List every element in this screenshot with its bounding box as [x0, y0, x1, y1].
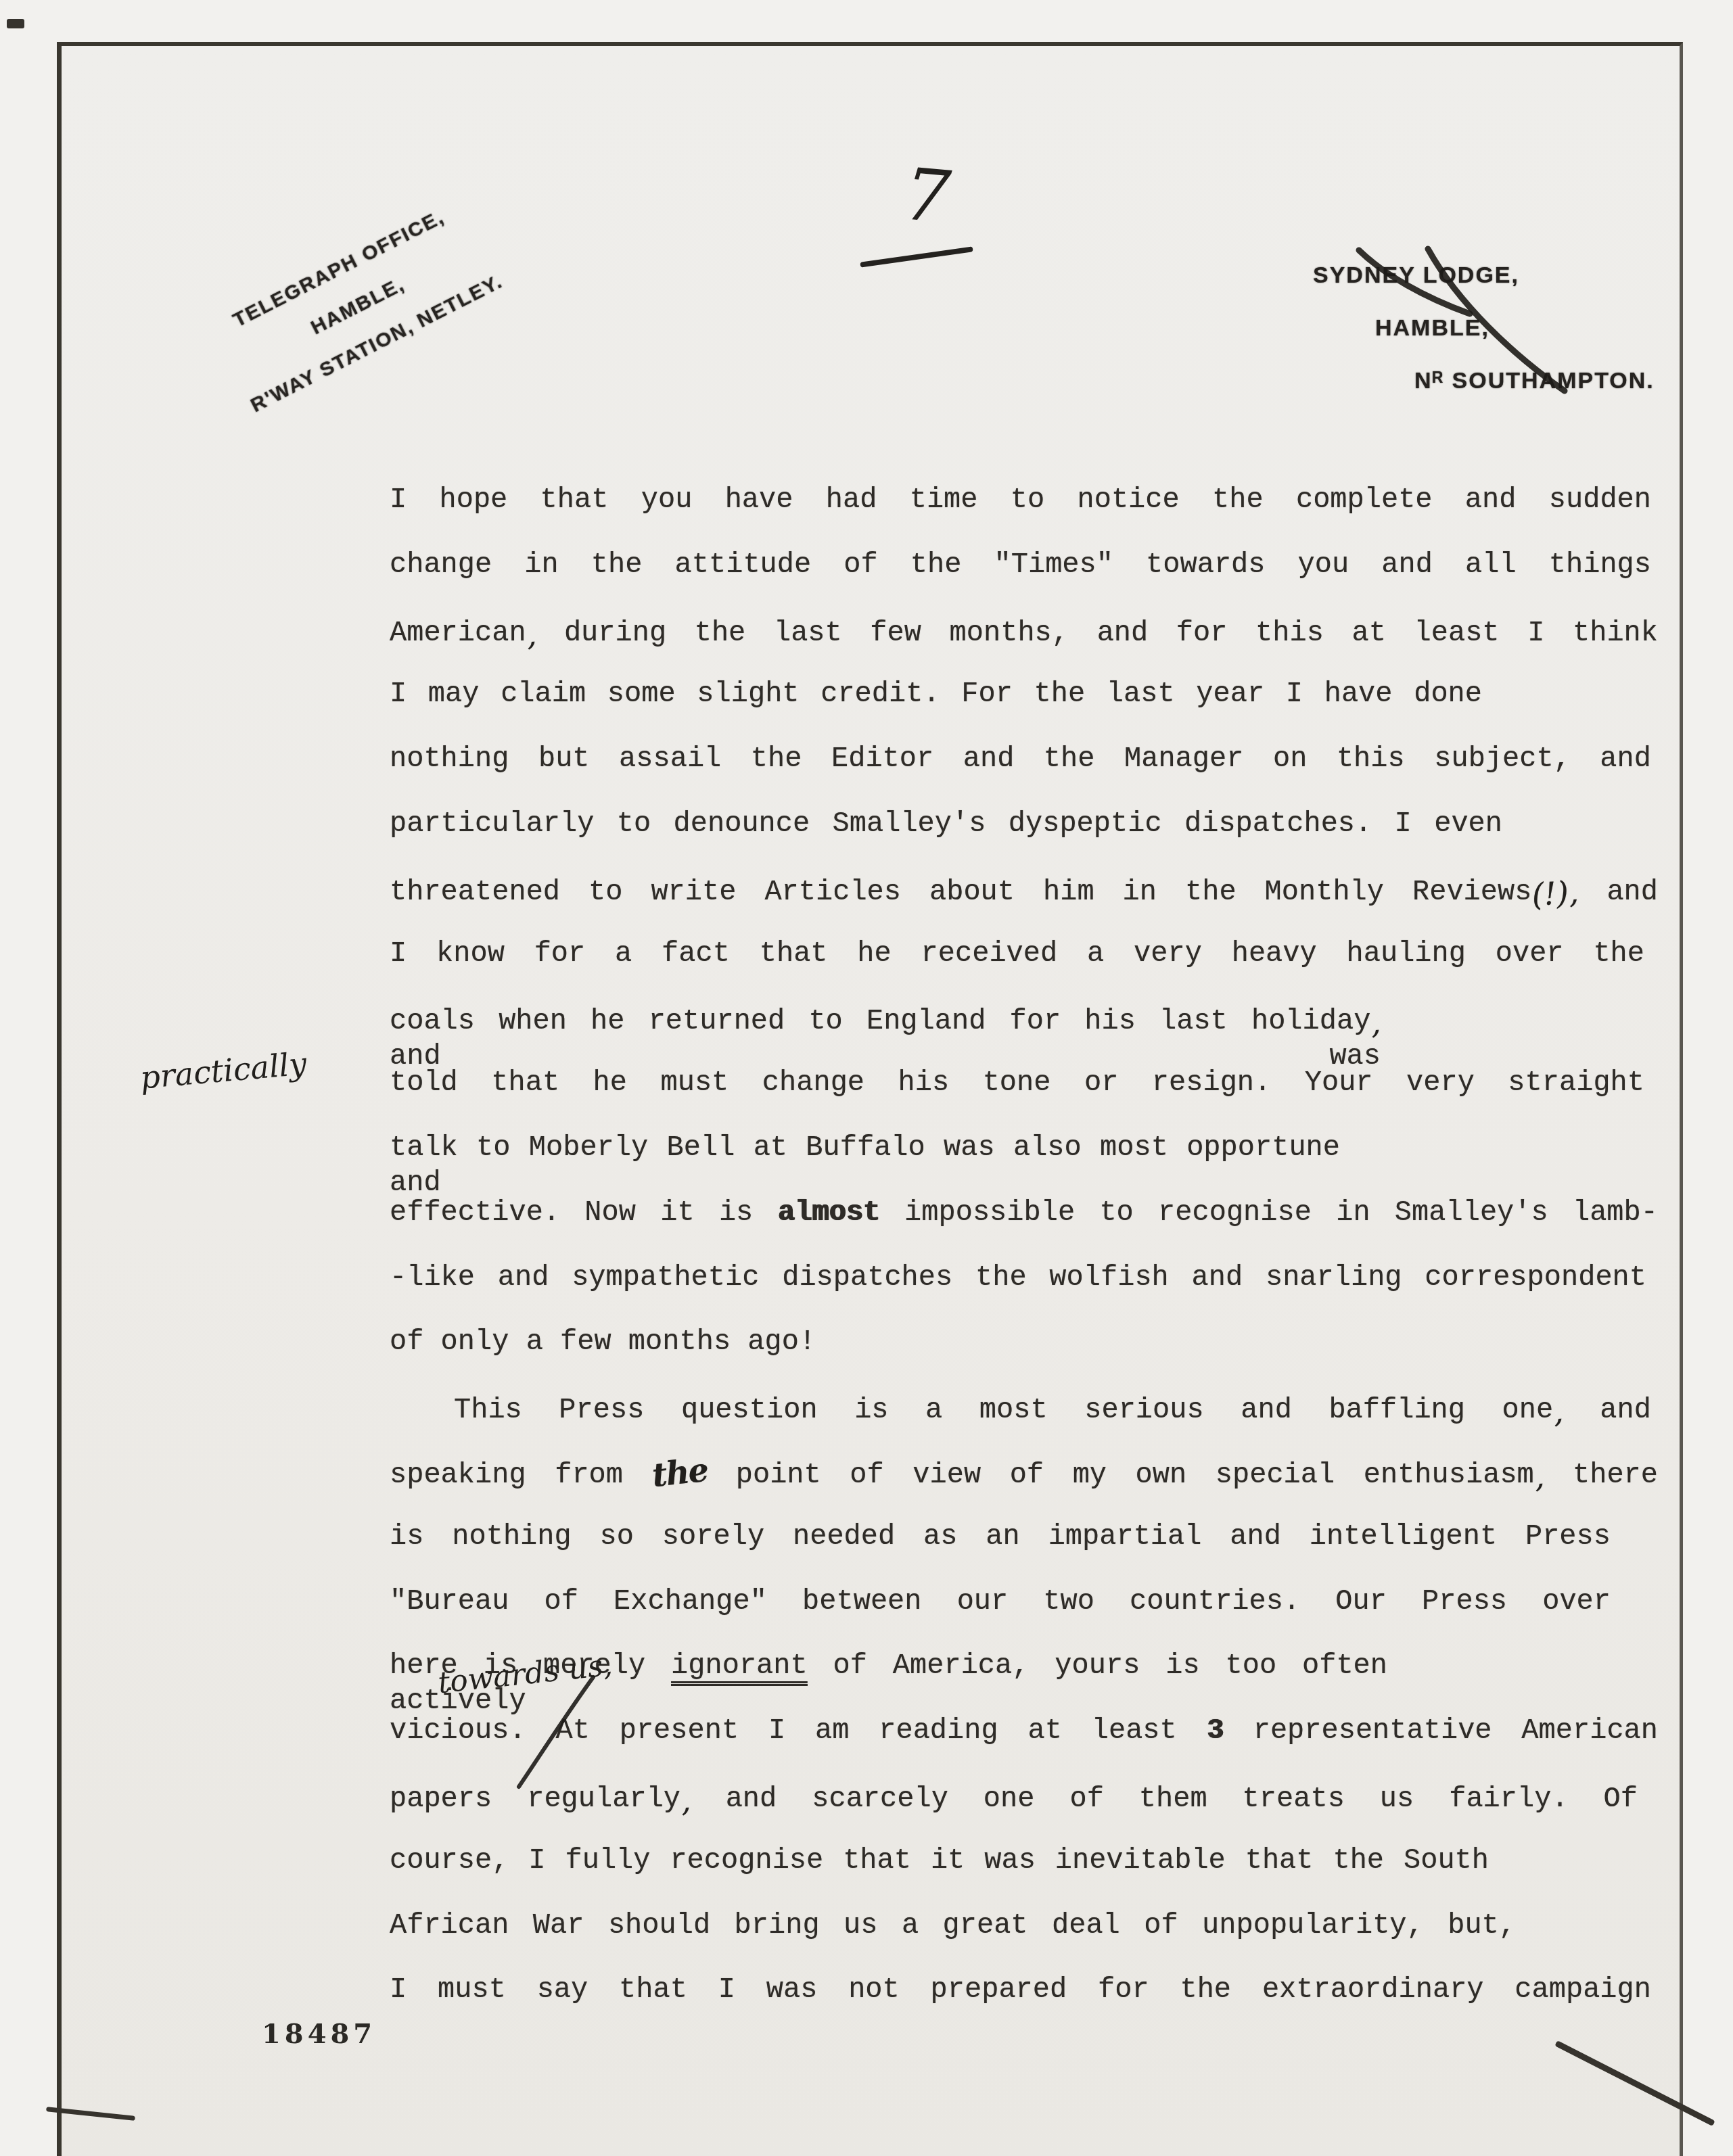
typed-segment: American	[390, 617, 526, 649]
scan-edge-mark	[7, 19, 24, 28]
typed-segment: nothing but assail the Editor and the Ma…	[390, 743, 1651, 775]
paper: 7 TELEGRAPH OFFICE, HAMBLE, R'WAY STATIO…	[57, 42, 1683, 2156]
typed-segment: speaking from	[390, 1459, 652, 1491]
letter-line: nothing but assail the Editor and the Ma…	[390, 741, 1651, 776]
handwritten-segment: ,	[680, 1783, 692, 1819]
scanned-letter-page: 7 TELEGRAPH OFFICE, HAMBLE, R'WAY STATIO…	[0, 0, 1733, 2156]
letter-line: course, I fully recognise that it was in…	[390, 1843, 1489, 1878]
typed-segment: course, I fully recognise that it was in…	[390, 1844, 1489, 1877]
typed-segment: and scarcely one of them treats us fairl…	[691, 1783, 1638, 1815]
letter-line: I must say that I was not prepared for t…	[390, 1972, 1651, 2007]
letter-line: talk to Moberly Bell at Buffalo was also…	[390, 1130, 1340, 1200]
handwritten-segment: the	[650, 1453, 709, 1493]
typed-segment: there	[1544, 1459, 1658, 1491]
handwritten-segment: ,	[525, 616, 537, 652]
typed-segment: told that he must change his tone or res…	[390, 1067, 1644, 1099]
typed-segment: ignorant	[671, 1649, 808, 1686]
handwritten-segment: ,	[1533, 1459, 1545, 1495]
letter-line: This Press question is a most serious an…	[454, 1389, 1651, 1428]
typed-segment: I know for a fact that he received a ver…	[390, 937, 1644, 970]
typed-segment: -like and sympathetic dispatches the wol…	[390, 1261, 1646, 1294]
insertion-caret-stroke	[500, 1668, 635, 1796]
letter-line: African War should bring us a great deal…	[390, 1908, 1516, 1943]
letter-line: I hope that you have had time to notice …	[390, 482, 1651, 517]
typed-segment: during the last few months, and for this…	[536, 617, 1658, 649]
letter-line: threatened to write Articles about him i…	[390, 871, 1658, 910]
typed-segment: effective. Now it is	[390, 1196, 778, 1229]
typed-segment: threatened to write Articles about him i…	[390, 876, 1531, 908]
typed-segment: 3	[1207, 1714, 1224, 1747]
letter-line: told that he must change his tone or res…	[390, 1065, 1644, 1100]
letter-line: of only a few months ago!	[390, 1324, 816, 1359]
letter-line: is nothing so sorely needed as an impart…	[390, 1519, 1611, 1554]
typed-segment: I must say that I was not prepared for t…	[390, 1973, 1651, 2006]
typed-segment: representative American	[1224, 1714, 1658, 1747]
typed-segment: and	[1563, 1394, 1651, 1426]
letter-line: American, during the last few months, an…	[390, 612, 1658, 651]
typed-segment: talk to Moberly Bell at Buffalo was also…	[390, 1131, 1340, 1199]
typed-segment: is nothing so sorely needed as an impart…	[390, 1520, 1611, 1553]
typed-segment: and	[1578, 876, 1658, 908]
letter-line: coals when he returned to England for hi…	[390, 1000, 1381, 1074]
typed-segment: of only a few months ago!	[390, 1326, 816, 1358]
typed-segment: "Bureau of Exchange" between our two cou…	[390, 1585, 1611, 1618]
typed-segment: change in the attitude of the "Times" to…	[390, 548, 1651, 581]
handwritten-segment: (!),	[1531, 874, 1579, 912]
typed-segment: particularly to denounce Smalley's dyspe…	[390, 807, 1502, 840]
letter-line: change in the attitude of the "Times" to…	[390, 547, 1651, 582]
typed-segment: impossible to recognise in Smalley's lam…	[880, 1196, 1658, 1229]
letter-line: speaking from the point of view of my ow…	[390, 1454, 1658, 1493]
typed-segment: coals when he returned to England for hi…	[390, 1005, 1370, 1037]
margin-annotation: practically	[139, 1045, 308, 1096]
typed-segment: This Press question is a most serious an…	[454, 1394, 1553, 1426]
handwritten-segment: ,	[1370, 1005, 1382, 1041]
typed-segment: African War should bring us a great deal…	[390, 1909, 1516, 1942]
file-number: 18487	[262, 2018, 376, 2050]
letter-line: I may claim some slight credit. For the …	[390, 676, 1482, 711]
typed-segment: point of view of my own special enthusia…	[707, 1459, 1534, 1491]
typed-segment: almost	[778, 1196, 880, 1229]
letter-line: effective. Now it is almost impossible t…	[390, 1195, 1658, 1230]
letter-line: "Bureau of Exchange" between our two cou…	[390, 1584, 1611, 1619]
letter-line: I know for a fact that he received a ver…	[390, 936, 1644, 971]
typed-segment: I hope that you have had time to notice …	[390, 484, 1651, 516]
letter-line: -like and sympathetic dispatches the wol…	[390, 1260, 1646, 1295]
typed-segment: I may claim some slight credit. For the …	[390, 678, 1482, 710]
letter-line: particularly to denounce Smalley's dyspe…	[390, 806, 1502, 841]
